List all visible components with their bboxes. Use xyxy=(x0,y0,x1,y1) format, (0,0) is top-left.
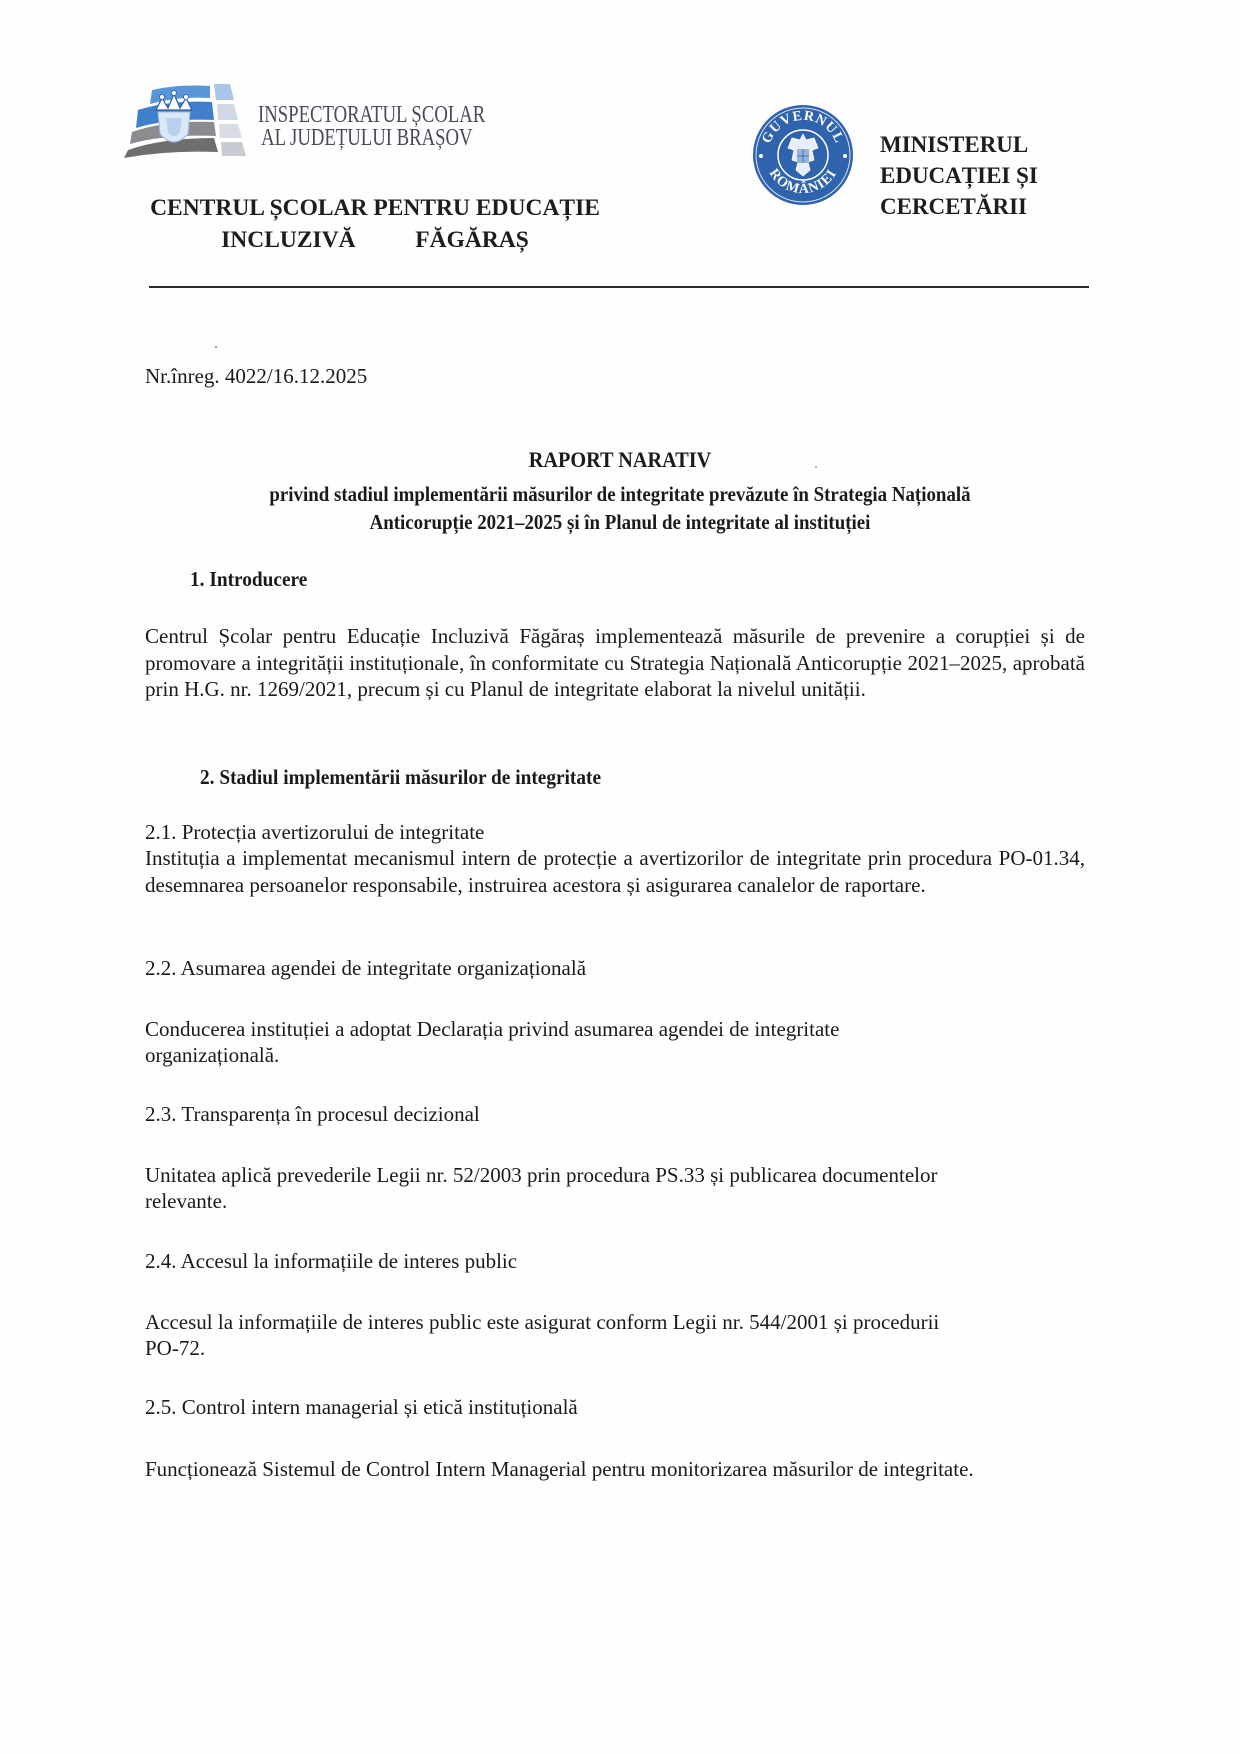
subsection-body-2-2-line2: organizațională. xyxy=(145,1042,279,1068)
subsection-body-2-5: Funcționează Sistemul de Control Intern … xyxy=(145,1456,1085,1483)
document-subtitle-line1: privind stadiul implementării măsurilor … xyxy=(188,480,1052,508)
document-title: RAPORT NARATIV xyxy=(178,446,1061,474)
school-name-line1: CENTRUL ȘCOLAR PENTRU EDUCAȚIE xyxy=(145,192,605,224)
introduction-paragraph: Centrul Școlar pentru Educație Incluzivă… xyxy=(145,623,1085,703)
subsection-body-2-3-line2: relevante. xyxy=(145,1188,227,1214)
ministry-name: MINISTERUL EDUCAȚIEI ȘI CERCETĂRII xyxy=(880,129,1080,222)
inspectorate-name: INSPECTORATUL ȘCOLAR AL JUDEȚULUI BRAȘOV xyxy=(258,104,485,150)
government-seal-icon: GUVERNUL ROMÂNIEI xyxy=(752,104,854,206)
header-divider xyxy=(149,286,1089,288)
document-subtitle-line2: Anticorupție 2021–2025 și în Planul de i… xyxy=(188,508,1052,536)
section-heading-implementation: 2. Stadiul implementării măsurilor de in… xyxy=(200,765,601,790)
subsection-body-2-4-line2: PO-72. xyxy=(145,1335,205,1361)
subsection-title-2-2: 2.2. Asumarea agendei de integritate org… xyxy=(145,955,586,981)
subsection-title-2-4: 2.4. Accesul la informațiile de interes … xyxy=(145,1248,517,1274)
scan-speck xyxy=(215,346,217,348)
isj-brasov-logo-icon xyxy=(122,80,252,158)
document-title-block: RAPORT NARATIV privind stadiul implement… xyxy=(140,446,1100,536)
ministry-name-line3: CERCETĂRII xyxy=(880,191,1080,222)
section-heading-introduction: 1. Introducere xyxy=(190,567,307,592)
document-page: INSPECTORATUL ȘCOLAR AL JUDEȚULUI BRAȘOV… xyxy=(0,0,1240,1754)
subsection-body-2-2-line1: Conducerea instituției a adoptat Declara… xyxy=(145,1016,839,1042)
subsection-title-2-3: 2.3. Transparența în procesul decizional xyxy=(145,1101,480,1127)
inspectorate-name-line2: AL JUDEȚULUI BRAȘOV xyxy=(258,127,485,150)
document-subtitle: privind stadiul implementării măsurilor … xyxy=(188,480,1052,536)
ministry-name-line2: EDUCAȚIEI ȘI xyxy=(880,160,1080,191)
inspectorate-name-line1: INSPECTORATUL ȘCOLAR xyxy=(258,104,485,127)
subsection-body-2-3-line1: Unitatea aplică prevederile Legii nr. 52… xyxy=(145,1162,937,1188)
registration-number: Nr.înreg. 4022/16.12.2025 xyxy=(145,364,367,389)
subsection-body-2-1: Instituția a implementat mecanismul inte… xyxy=(145,845,1085,898)
subsection-title-2-1: 2.1. Protecția avertizorului de integrit… xyxy=(145,819,484,845)
subsection-body-2-4-line1: Accesul la informațiile de interes publi… xyxy=(145,1309,939,1335)
school-name: CENTRUL ȘCOLAR PENTRU EDUCAȚIE INCLUZIVĂ… xyxy=(145,192,605,256)
ministry-name-line1: MINISTERUL xyxy=(880,129,1080,160)
subsection-title-2-5: 2.5. Control intern managerial și etică … xyxy=(145,1394,578,1420)
school-name-line2: INCLUZIVĂ FĂGĂRAȘ xyxy=(145,224,605,256)
